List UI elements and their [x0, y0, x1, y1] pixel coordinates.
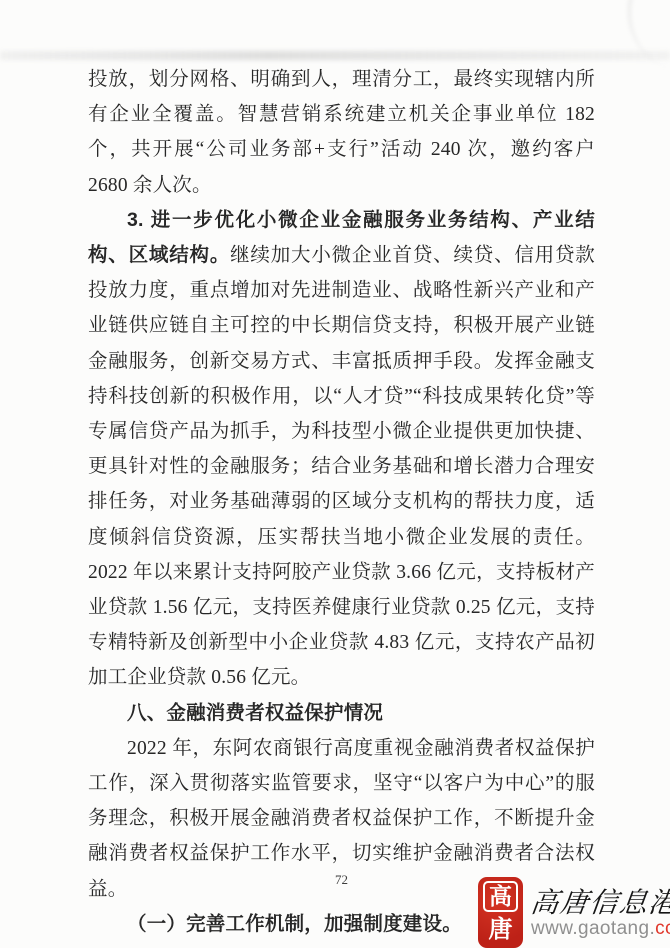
paragraph-continuation: 投放，划分网格、明确到人，理清分工，最终实现辖内所有企业全覆盖。智慧营销系统建立…	[88, 62, 595, 203]
section-heading-8: 八、金融消费者权益保护情况	[88, 696, 595, 731]
seal-char-gao: 高	[483, 881, 518, 912]
paragraph-item3-text: 继续加大小微企业首贷、续贷、信用贷款投放力度，重点增加对先进制造业、战略性新兴产…	[88, 245, 595, 688]
document-page: 投放，划分网格、明确到人，理清分工，最终实现辖内所有企业全覆盖。智慧营销系统建立…	[0, 0, 670, 948]
paragraph-item3: 3. 进一步优化小微企业金融服务业务结构、产业结构、区域结构。继续加大小微企业首…	[88, 203, 595, 696]
watermark-url-red: cc	[655, 918, 670, 939]
page-content: 投放，划分网格、明确到人，理清分工，最终实现辖内所有企业全覆盖。智慧营销系统建立…	[88, 62, 595, 942]
watermark: 高 唐 高唐信息港 www.gaotang.cc	[478, 872, 670, 948]
scan-artifact-band	[0, 51, 670, 60]
gaotang-seal-logo: 高 唐	[478, 877, 523, 948]
watermark-url-gray: www.gaotang.	[531, 918, 655, 939]
seal-char-tang: 唐	[485, 915, 516, 944]
watermark-url: www.gaotang.cc	[531, 918, 670, 940]
watermark-site-name: 高唐信息港	[529, 881, 670, 921]
